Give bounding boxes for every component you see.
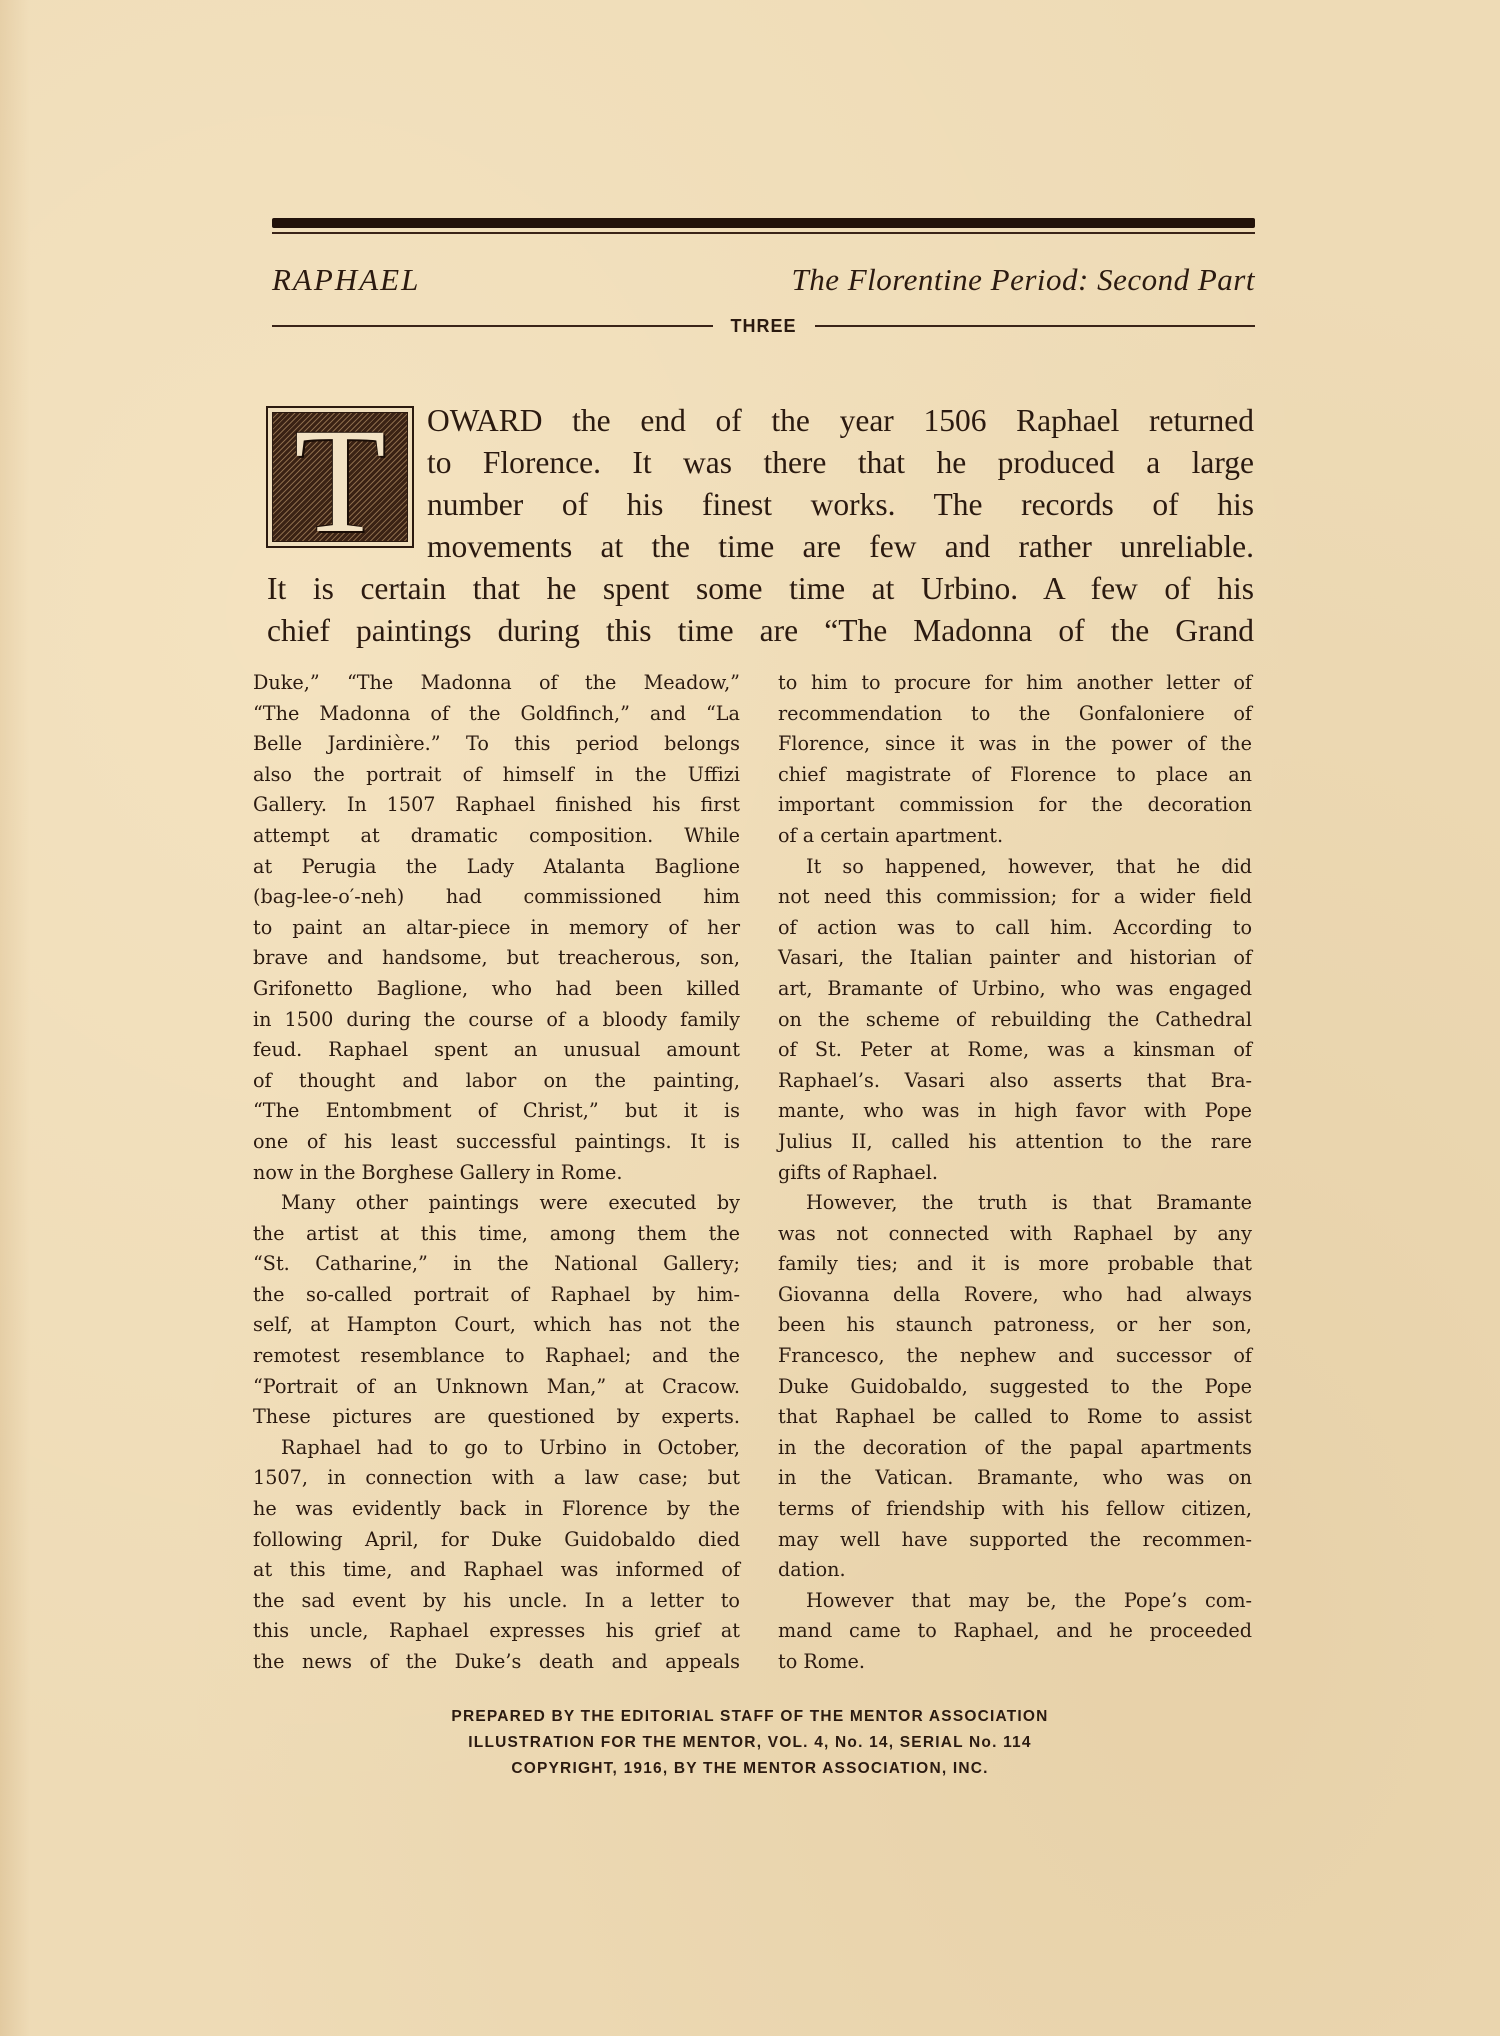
text-line: Grifonetto Baglione, who had been killed [253, 974, 740, 1005]
text-line: These pictures are questioned by experts… [253, 1402, 740, 1433]
drop-cap-hatched-panel: T [272, 412, 408, 542]
intro-line: chief paintings during this time are “Th… [267, 613, 1254, 649]
text-line: been his staunch patroness, or her son, [778, 1310, 1252, 1341]
text-line: Giovanna della Rovere, who had always [778, 1280, 1252, 1311]
intro-line: number of his finest works. The records … [427, 487, 1254, 523]
text-line: gifts of Raphael. [778, 1158, 1252, 1189]
text-line: Raphael had to go to Urbino in October, [253, 1433, 740, 1464]
text-line: Gallery. In 1507 Raphael finished his fi… [253, 790, 740, 821]
text-line: Duke,” “The Madonna of the Meadow,” [253, 668, 740, 699]
text-line: mand came to Raphael, and he proceeded [778, 1616, 1252, 1647]
text-line: the artist at this time, among them the [253, 1219, 740, 1250]
text-line: Vasari, the Italian painter and historia… [778, 943, 1252, 974]
text-line: in the Vatican. Bramante, who was on [778, 1463, 1252, 1494]
text-line: on the scheme of rebuilding the Cathedra… [778, 1005, 1252, 1036]
text-line: dation. [778, 1555, 1252, 1586]
intro-line: to Florence. It was there that he produc… [427, 445, 1254, 481]
footer-credit: PREPARED BY THE EDITORIAL STAFF OF THE M… [0, 1708, 1500, 1726]
text-line: also the portrait of himself in the Uffi… [253, 760, 740, 791]
text-line: the sad event by his uncle. In a letter … [253, 1586, 740, 1617]
text-line: not need this commission; for a wider fi… [778, 882, 1252, 913]
text-line: in the decoration of the papal apartment… [778, 1433, 1252, 1464]
intro-line: OWARD the end of the year 1506 Raphael r… [427, 403, 1254, 439]
divider-line-right [815, 325, 1256, 327]
header-thin-rule [272, 232, 1255, 234]
text-line: attempt at dramatic composition. While [253, 821, 740, 852]
text-line: the so-called portrait of Raphael by him… [253, 1280, 740, 1311]
text-line: mante, who was in high favor with Pope [778, 1096, 1252, 1127]
text-line: (bag-lee-o′-neh) had commissioned him [253, 882, 740, 913]
text-line: this uncle, Raphael expresses his grief … [253, 1616, 740, 1647]
text-line: one of his least successful paintings. I… [253, 1127, 740, 1158]
text-line: family ties; and it is more probable tha… [778, 1249, 1252, 1280]
text-line: self, at Hampton Court, which has not th… [253, 1310, 740, 1341]
text-line: “The Entombment of Christ,” but it is [253, 1096, 740, 1127]
footer-publication-info: ILLUSTRATION FOR THE MENTOR, VOL. 4, No.… [0, 1734, 1500, 1752]
text-line: may well have supported the recommen- [778, 1525, 1252, 1556]
drop-cap-ornament: T [266, 406, 414, 548]
text-line: Duke Guidobaldo, suggested to the Pope [778, 1372, 1252, 1403]
text-line: chief magistrate of Florence to place an [778, 760, 1252, 791]
text-line: Francesco, the nephew and successor of [778, 1341, 1252, 1372]
text-line: Julius II, called his attention to the r… [778, 1127, 1252, 1158]
text-line: important commission for the decoration [778, 790, 1252, 821]
text-line: Florence, since it was in the power of t… [778, 729, 1252, 760]
text-line: of thought and labor on the painting, [253, 1066, 740, 1097]
text-line: at Perugia the Lady Atalanta Baglione [253, 852, 740, 883]
divider-line-left [272, 325, 713, 327]
drop-cap-letter: T [294, 406, 386, 556]
intro-line: movements at the time are few and rather… [427, 529, 1254, 565]
text-line: recommendation to the Gonfaloniere of [778, 699, 1252, 730]
running-title-right: The Florentine Period: Second Part [791, 262, 1255, 298]
text-line: Raphael’s. Vasari also asserts that Bra- [778, 1066, 1252, 1097]
text-line: at this time, and Raphael was informed o… [253, 1555, 740, 1586]
text-line: the news of the Duke’s death and appeals [253, 1647, 740, 1678]
text-line: to him to procure for him another letter… [778, 668, 1252, 699]
text-line: However that may be, the Pope’s com- [778, 1586, 1252, 1617]
text-line: of St. Peter at Rome, was a kinsman of [778, 1035, 1252, 1066]
text-line: “St. Catharine,” in the National Gallery… [253, 1249, 740, 1280]
text-line: However, the truth is that Bramante [778, 1188, 1252, 1219]
intro-line: It is certain that he spent some time at… [267, 571, 1254, 607]
text-line: Many other paintings were executed by [253, 1188, 740, 1219]
text-line: of a certain apartment. [778, 821, 1252, 852]
text-line: 1507, in connection with a law case; but [253, 1463, 740, 1494]
text-line: was not connected with Raphael by any [778, 1219, 1252, 1250]
text-line: Belle Jardinière.” To this period belong… [253, 729, 740, 760]
text-line: following April, for Duke Guidobaldo die… [253, 1525, 740, 1556]
text-line: in 1500 during the course of a bloody fa… [253, 1005, 740, 1036]
text-line: now in the Borghese Gallery in Rome. [253, 1158, 740, 1189]
running-title-left: RAPHAEL [272, 262, 420, 298]
text-line: feud. Raphael spent an unusual amount [253, 1035, 740, 1066]
section-divider: THREE [272, 314, 1255, 338]
footer-copyright: COPYRIGHT, 1916, BY THE MENTOR ASSOCIATI… [0, 1760, 1500, 1778]
text-line: to paint an altar-piece in memory of her [253, 913, 740, 944]
header-thick-rule [272, 218, 1255, 228]
text-line: of action was to call him. According to [778, 913, 1252, 944]
text-line: art, Bramante of Urbino, who was engaged [778, 974, 1252, 1005]
text-line: “The Madonna of the Goldfinch,” and “La [253, 699, 740, 730]
text-line: It so happened, however, that he did [778, 852, 1252, 883]
text-line: terms of friendship with his fellow citi… [778, 1494, 1252, 1525]
text-line: he was evidently back in Florence by the [253, 1494, 740, 1525]
text-line: remotest resemblance to Raphael; and the [253, 1341, 740, 1372]
text-line: to Rome. [778, 1647, 1252, 1678]
text-line: “Portrait of an Unknown Man,” at Cracow. [253, 1372, 740, 1403]
section-number: THREE [713, 316, 815, 337]
text-line: brave and handsome, but treacherous, son… [253, 943, 740, 974]
text-line: that Raphael be called to Rome to assist [778, 1402, 1252, 1433]
text-column-left: Duke,” “The Madonna of the Meadow,” “The… [253, 668, 740, 1678]
text-column-right: to him to procure for him another letter… [778, 668, 1252, 1678]
